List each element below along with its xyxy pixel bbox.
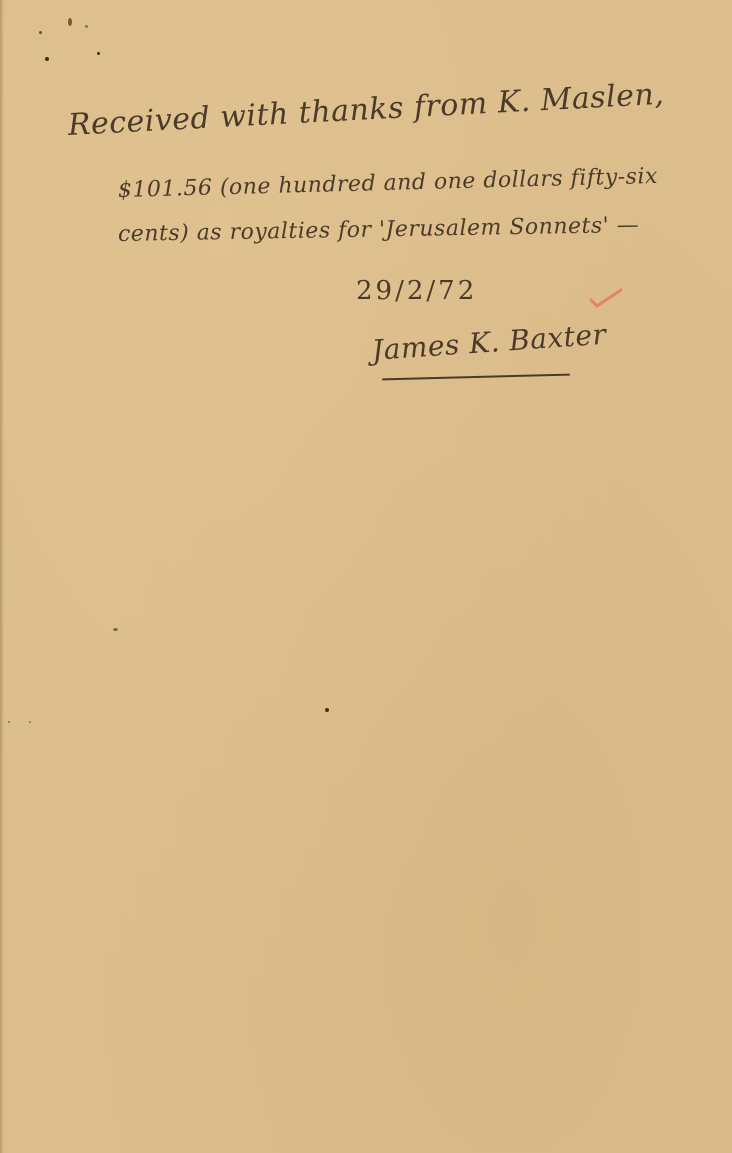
paper-speck (45, 57, 49, 61)
paper-speck (29, 721, 31, 723)
paper-speck (39, 31, 42, 34)
paper-speck (325, 708, 329, 712)
paper-speck (85, 25, 88, 28)
check-mark-icon (588, 286, 624, 310)
paper-speck (97, 52, 100, 55)
paper-edge (0, 0, 4, 1153)
paper-speck (8, 721, 10, 723)
paper-speck (68, 18, 72, 26)
paper-speck (113, 628, 118, 631)
receipt-date: 29/2/72 (356, 276, 477, 306)
